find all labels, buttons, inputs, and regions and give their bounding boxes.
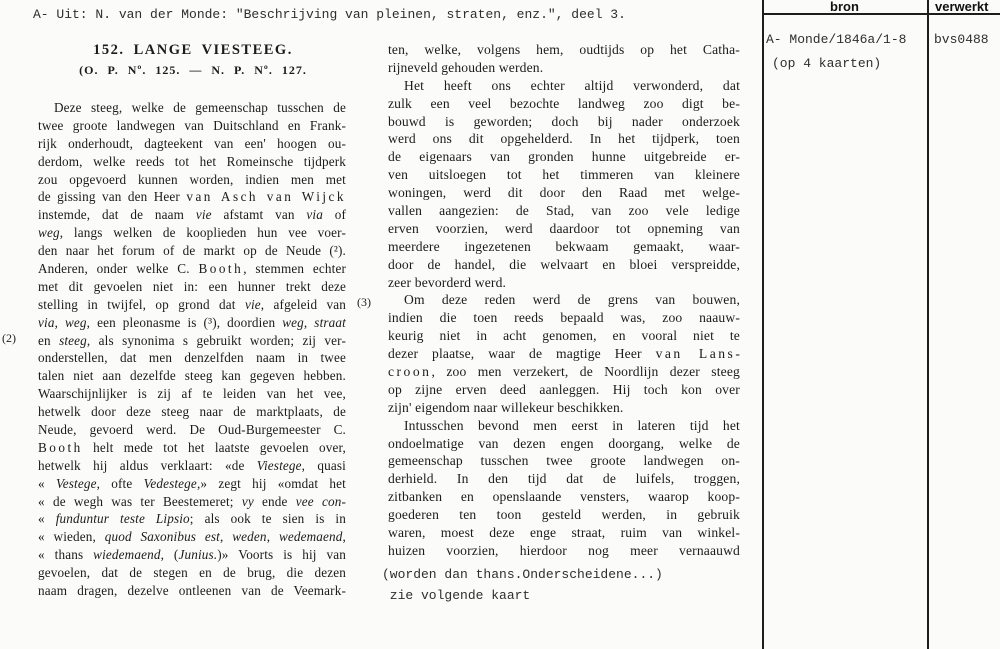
text-line: zijn' eigendom naar willekeur beschikken… — [388, 399, 740, 417]
text-line: via, weg, een pleonasme is (³), doordien… — [38, 314, 346, 332]
text-line: goederen ten toon gesteld werden, in geb… — [388, 506, 740, 524]
bottom-note-line1: (worden dan thans.Onderscheidene...) — [382, 567, 663, 582]
text-line: Deze steeg, welke de gemeenschap tussche… — [38, 99, 346, 117]
text-line: « Vestege, ofte Vedestege,» zegt hij «om… — [38, 475, 346, 493]
text-line: onderstellen, dat men denzelfden naam in… — [38, 349, 346, 367]
text-line: instemde, dat de naam vie afstamt van vi… — [38, 206, 346, 224]
text-line: de eigenaars van gronden hunne uitgebrei… — [388, 148, 740, 166]
text-line: zou opgevoerd kunnen worden, indien men … — [38, 171, 346, 189]
text-line: ven uitsloegen tot het timmeren van klei… — [388, 166, 740, 184]
text-line: woningen, werd dit door den Raad met wel… — [388, 184, 740, 202]
text-line: meerdere ingezetenen bekwaam gemaakt, wa… — [388, 238, 740, 256]
source-citation-line: A- Uit: N. van der Monde: "Beschrijving … — [33, 7, 626, 22]
text-line: naam dragen, dezelve ontleenen van de Ve… — [38, 582, 346, 600]
text-line: gevoelen, dat de stegen en de brug, die … — [38, 564, 346, 582]
text-line: « thans wiedemaend, (Junius.)» Voorts is… — [38, 546, 346, 564]
text-line: hetwelk hij aldus verklaart: «de Viesteg… — [38, 457, 346, 475]
text-line: de gissing van den Heer van Asch van Wij… — [38, 188, 346, 206]
verwerkt-value: bvs0488 — [934, 32, 989, 47]
text-line: Om deze reden werd de grens van bouwen, — [388, 291, 740, 309]
text-line: vallen aangezien: de Stad, van zoo vele … — [388, 202, 740, 220]
text-line: rijk onderhoudt, dagteekent van een' hoo… — [38, 135, 346, 153]
text-line: waren, moest deze enge straat, ruim van … — [388, 524, 740, 542]
text-line: stelling in twijfel, op grond dat vie, a… — [38, 296, 346, 314]
text-line: derdom, welke reeds tot het Romeinsche t… — [38, 153, 346, 171]
sidebar-header-bron: bron — [762, 0, 927, 13]
text-line: talen niet aan dezelfde steeg kan gegeve… — [38, 367, 346, 385]
text-line: keurig niet in acht genomen, en vooral n… — [388, 327, 740, 345]
text-line: zeer bevorderd werd. — [388, 274, 740, 292]
text-line: zulk een veel bezochte landweg zoo digt … — [388, 95, 740, 113]
text-line: rijneveld gehouden werden. — [388, 59, 740, 77]
article-title: 152. LANGE VIESTEEG. — [38, 42, 348, 59]
right-text-column: ten, welke, volgens hem, oudtijds op het… — [388, 41, 740, 560]
text-line: ondoelmatige van dezen engen doorgang, w… — [388, 435, 740, 453]
text-line: twee groote landwegen van Duitschland en… — [38, 117, 346, 135]
text-line: huizen voorzien, hierdoor nog meer verna… — [388, 542, 740, 560]
article-subtitle: (O. P. Nº. 125. — N. P. Nº. 127. — [38, 63, 348, 78]
text-line: Anderen, onder welke C. Booth, stemmen e… — [38, 260, 346, 278]
margin-note-2: (2) — [2, 331, 16, 346]
text-line: door de handel, die welvaart en bloei ve… — [388, 256, 740, 274]
sidebar-header-verwerkt: verwerkt — [935, 0, 988, 13]
text-line: op zijne erven deed aanleggen. Hij toch … — [388, 381, 740, 399]
text-line: hetwelk door deze steeg naar de marktpla… — [38, 403, 346, 421]
text-line: « wieden, quod Saxonibus est, weden, wed… — [38, 528, 346, 546]
text-line: Booth helt mede tot het laatste gevoelen… — [38, 439, 346, 457]
left-text-column: Deze steeg, welke de gemeenschap tussche… — [38, 99, 346, 600]
bron-value-line1: A- Monde/1846a/1-8 — [766, 32, 906, 47]
text-line: derhield. In den tijd dat de luifels, tr… — [388, 470, 740, 488]
text-line: Het heeft ons echter altijd verwonderd, … — [388, 77, 740, 95]
margin-note-3: (3) — [357, 295, 371, 310]
text-line: werd ons dit opgehelderd. In het tijdper… — [388, 130, 740, 148]
text-line: en steeg, als synonima s gebruikt worden… — [38, 332, 346, 350]
text-line: erven voorzien, werd daardoor tot opnemi… — [388, 220, 740, 238]
text-line: « de wegh was ter Beestemeret; vy ende v… — [38, 493, 346, 511]
text-line: dezer plaatse, waar de magtige Heer van … — [388, 345, 740, 363]
text-line: bouwd is geworden; doch bij nader onderz… — [388, 113, 740, 131]
text-line: ten, welke, volgens hem, oudtijds op het… — [388, 41, 740, 59]
text-line: gemeenschap tusschen twee groote landweg… — [388, 452, 740, 470]
bron-value-line2: (op 4 kaarten) — [772, 56, 881, 71]
sidebar-left-border — [762, 0, 764, 649]
text-line: weg, langs welken de kooplieden hun vee … — [38, 224, 346, 242]
text-line: Waarschijnlijker is zij af te leiden van… — [38, 385, 346, 403]
text-line: zitbanken en openslaande vensters, waaro… — [388, 488, 740, 506]
text-line: Neude, gevoerd werd. De Oud-Burgemeester… — [38, 421, 346, 439]
text-line: Intusschen bevond men eerst in lateren t… — [388, 417, 740, 435]
text-line: croon, zoo men verzekert, de Noordlijn d… — [388, 363, 740, 381]
text-line: indien die toen reeds bepaald was, zoo n… — [388, 309, 740, 327]
sidebar-column-divider — [927, 0, 929, 649]
article-heading: 152. LANGE VIESTEEG. (O. P. Nº. 125. — N… — [38, 42, 348, 78]
text-line: met dit gevoelen niet in: een hunner tre… — [38, 278, 346, 296]
text-line: den naar het forum of de markt op de Neu… — [38, 242, 346, 260]
bottom-note-line2: zie volgende kaart — [382, 588, 530, 603]
text-line: « funduntur teste Lipsio; als ook te sie… — [38, 510, 346, 528]
